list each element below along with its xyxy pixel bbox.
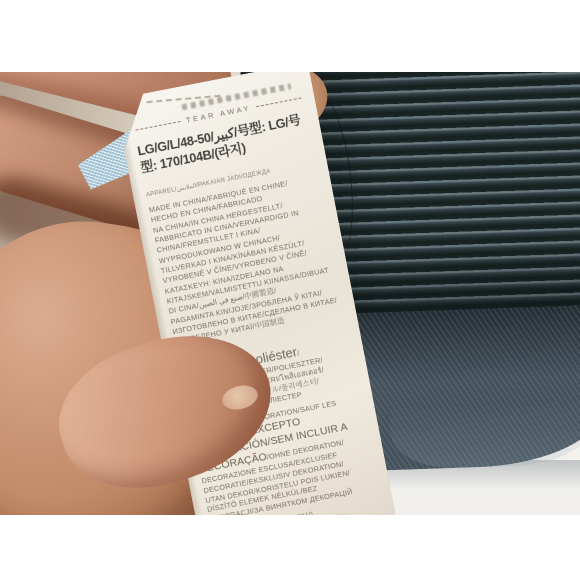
bottom-white-band [0, 515, 580, 580]
photo: TEAR AWAY LG/G/L/48-50/كبير/号型: LG/号 型: … [0, 72, 580, 515]
tear-dash-right [256, 97, 302, 107]
top-white-band [0, 0, 580, 72]
tear-dash-left [135, 121, 181, 131]
fiber-slash: / [296, 348, 300, 357]
photo-frame: TEAR AWAY LG/G/L/48-50/كبير/号型: LG/号 型: … [0, 0, 580, 580]
made-in-block: MADE IN CHINA/FABRIQUÉ EN CHINE/ HECHO E… [148, 172, 345, 347]
